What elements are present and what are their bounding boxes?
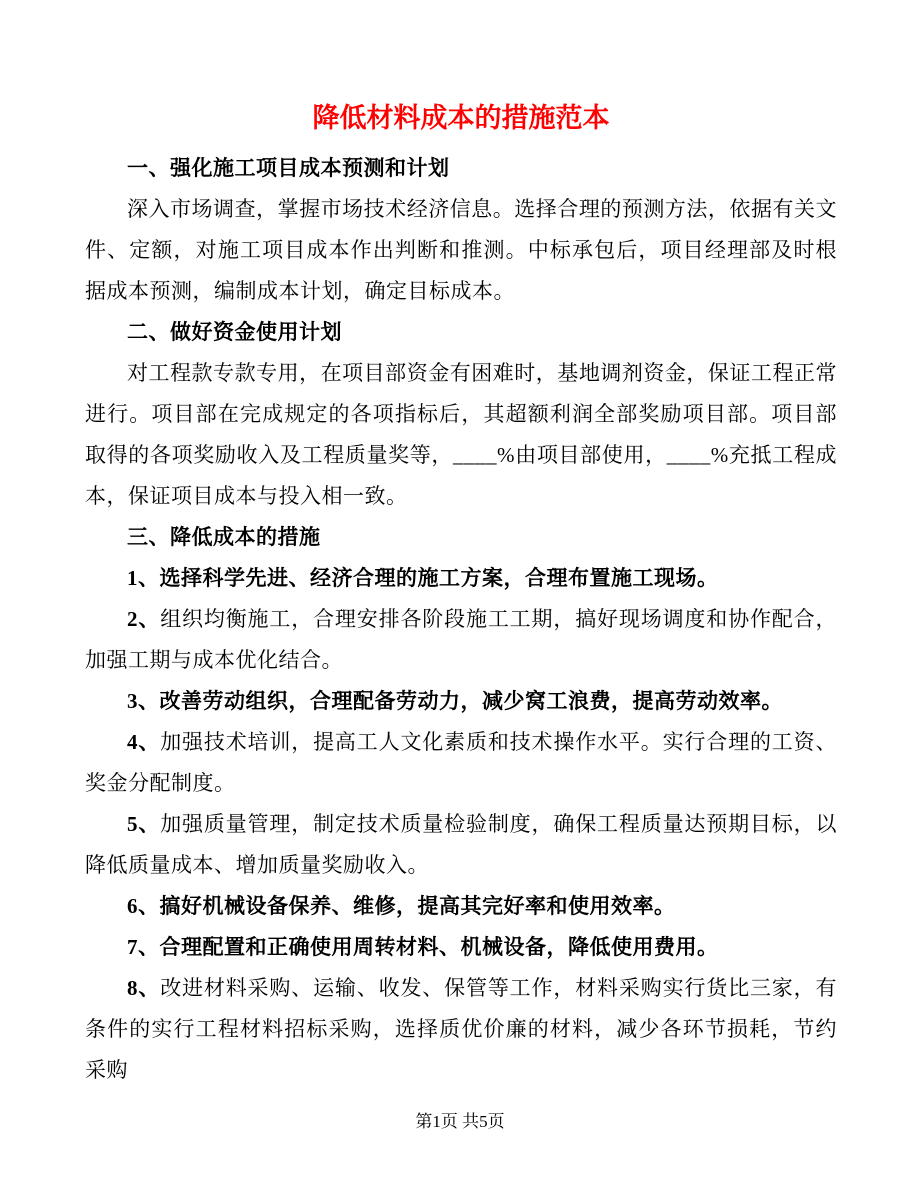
section-heading-3: 三、降低成本的措施 bbox=[85, 517, 837, 558]
item-number: 5、 bbox=[127, 812, 160, 836]
list-item-4: 4、加强技术培训，提高工人文化素质和技术操作水平。实行合理的工资、奖金分配制度。 bbox=[85, 722, 837, 804]
section-heading-1: 一、强化施工项目成本预测和计划 bbox=[85, 148, 837, 189]
list-item-7: 7、合理配置和正确使用周转材料、机械设备，降低使用费用。 bbox=[85, 927, 837, 968]
item-number: 8、 bbox=[127, 976, 160, 1000]
item-text: 组织均衡施工，合理安排各阶段施工工期，搞好现场调度和协作配合，加强工期与成本优化… bbox=[85, 607, 837, 672]
list-item-3: 3、改善劳动组织，合理配备劳动力，减少窝工浪费，提高劳动效率。 bbox=[85, 681, 837, 722]
item-number: 4、 bbox=[127, 730, 160, 754]
item-text: 改进材料采购、运输、收发、保管等工作，材料采购实行货比三家，有条件的实行工程材料… bbox=[85, 976, 837, 1082]
list-item-5: 5、加强质量管理，制定技术质量检验制度，确保工程质量达预期目标，以降低质量成本、… bbox=[85, 804, 837, 886]
list-item-1: 1、选择科学先进、经济合理的施工方案，合理布置施工现场。 bbox=[85, 558, 837, 599]
item-text: 加强技术培训，提高工人文化素质和技术操作水平。实行合理的工资、奖金分配制度。 bbox=[85, 730, 837, 795]
list-item-6: 6、搞好机械设备保养、维修，提高其完好率和使用效率。 bbox=[85, 886, 837, 927]
paragraph-funds-plan: 对工程款专款专用，在项目部资金有困难时，基地调剂资金，保证工程正常进行。项目部在… bbox=[85, 353, 837, 517]
item-number: 2、 bbox=[127, 607, 160, 631]
list-item-8: 8、改进材料采购、运输、收发、保管等工作，材料采购实行货比三家，有条件的实行工程… bbox=[85, 968, 837, 1091]
document-title: 降低材料成本的措施范本 bbox=[85, 96, 837, 140]
page-footer: 第1页 共5页 bbox=[0, 1110, 920, 1134]
paragraph-market-survey: 深入市场调查，掌握市场技术经济信息。选择合理的预测方法，依据有关文件、定额，对施… bbox=[85, 189, 837, 312]
document-page: 降低材料成本的措施范本 一、强化施工项目成本预测和计划 深入市场调查，掌握市场技… bbox=[0, 0, 920, 1191]
section-heading-2: 二、做好资金使用计划 bbox=[85, 312, 837, 353]
document-body: 降低材料成本的措施范本 一、强化施工项目成本预测和计划 深入市场调查，掌握市场技… bbox=[85, 96, 837, 1091]
item-text: 加强质量管理，制定技术质量检验制度，确保工程质量达预期目标，以降低质量成本、增加… bbox=[85, 812, 837, 877]
list-item-2: 2、组织均衡施工，合理安排各阶段施工工期，搞好现场调度和协作配合，加强工期与成本… bbox=[85, 599, 837, 681]
